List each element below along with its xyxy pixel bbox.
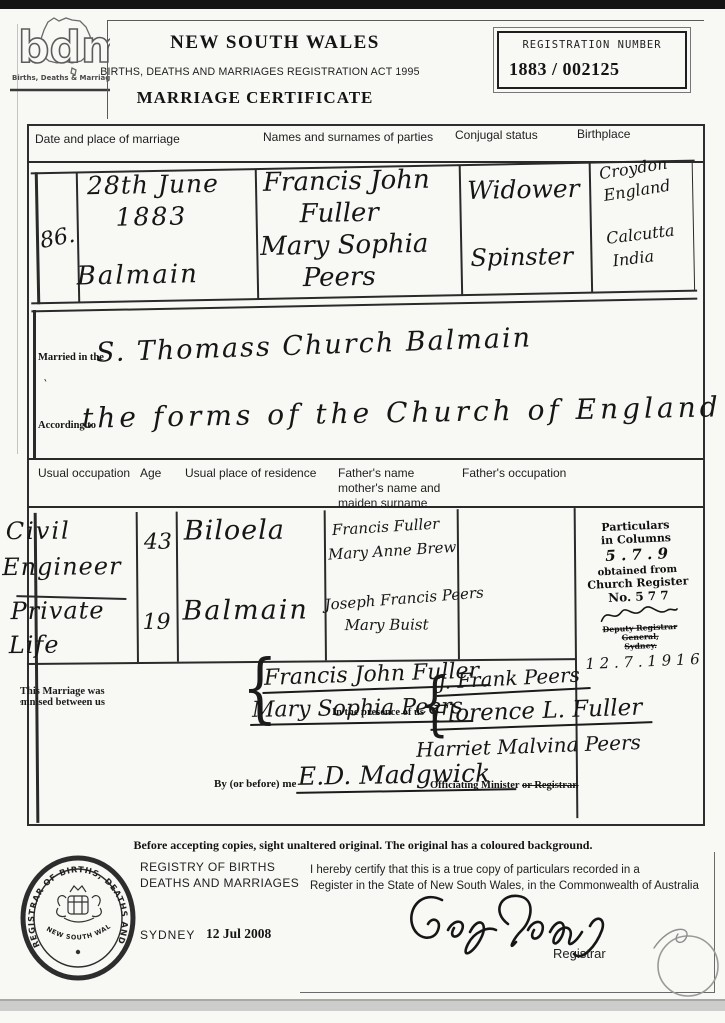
grid2-divider-2 — [176, 512, 179, 662]
column-header-conjugal: Conjugal status — [455, 128, 538, 142]
registry-seal: REGISTRAR OF BIRTHS, DEATHS AND MARRIAGE… — [20, 854, 138, 988]
stray-mark: ` — [42, 378, 48, 392]
column-header-occupation: Usual occupation — [38, 466, 130, 480]
issue-place: SYDNEY — [140, 928, 195, 942]
entry-number: 86. — [38, 223, 77, 254]
marriage-certificate-scan: bdm Births, Deaths & Marriages NEW SOUTH… — [0, 0, 725, 1023]
presence-label: In the presence of us — [332, 707, 424, 718]
scan-top-bar — [0, 0, 725, 9]
registrar-signature — [404, 886, 644, 966]
state-title: NEW SOUTH WALES — [120, 32, 430, 54]
marriage-solemnised-line2: solemnised between us — [20, 697, 118, 708]
stamp-line3: 5 . 7 . 9 — [580, 543, 693, 566]
marriage-place: Balmain — [76, 259, 199, 291]
registry-name-line2: DEATHS AND MARRIAGES — [140, 876, 299, 890]
registration-number: 1883 / 002125 — [509, 59, 620, 80]
grid2-divider-1 — [136, 512, 139, 662]
bride-name-line1: Mary Sophia — [260, 229, 429, 262]
footer-notice: Before accepting copies, sight unaltered… — [83, 838, 643, 853]
bride-name-line2: Peers — [303, 262, 376, 293]
celebrant-role-struck: or Registrar. — [522, 780, 579, 791]
bride-mother-name: Mary Buist — [345, 615, 429, 634]
groom-age: 43 — [144, 530, 172, 555]
grid-divider-2 — [255, 169, 259, 299]
registration-label: REGISTRATION NUMBER — [499, 39, 685, 51]
bride-age: 19 — [143, 610, 171, 635]
grid2-divider-3 — [324, 510, 327, 660]
act-title: BIRTHS, DEATHS AND MARRIAGES REGISTRATIO… — [100, 66, 420, 78]
ceremony-left-thick — [33, 310, 36, 458]
groom-name-line2: Fuller — [299, 198, 379, 230]
bride-father-name: Joseph Francis Peers — [324, 583, 484, 613]
bride-conjugal-status: Spinster — [470, 242, 573, 272]
marriage-date-line1: 28th June — [87, 169, 219, 201]
embossed-seal-icon — [640, 918, 725, 998]
marriage-entry-grid: 86. 28th June 1883 Balmain Francis John … — [29, 158, 700, 313]
grid-divider-3 — [459, 165, 463, 295]
groom-residence: Biloela — [184, 515, 285, 547]
bdm-logo: bdm Births, Deaths & Marriages — [10, 14, 110, 92]
column-header-parents: Father's name mother's name and maiden s… — [338, 466, 440, 511]
grid-divider-4 — [589, 163, 593, 293]
marriage-date-line2: 1883 — [115, 201, 187, 231]
grid2-divider-4 — [457, 509, 460, 659]
column-header-birthplace: Birthplace — [577, 127, 630, 141]
coat-of-arms-icon — [57, 886, 102, 954]
marriage-solemnised-line1: This Marriage was — [20, 686, 118, 697]
column-header-father-occupation: Father's occupation — [462, 466, 566, 480]
registration-box: REGISTRATION NUMBER 1883 / 002125 — [497, 31, 687, 89]
groom-name-line1: Francis John — [263, 165, 430, 198]
certificate-title: MARRIAGE CERTIFICATE — [105, 88, 405, 108]
registrar-label: Registrar — [553, 946, 606, 961]
column-header-parents-line1: Father's name — [338, 466, 440, 481]
column-header-age: Age — [140, 466, 161, 480]
marriage-solemnised-label: This Marriage was solemnised between us — [20, 686, 118, 718]
celebrant-label: By (or before) me — [214, 778, 296, 790]
celebrant-role-text: Officiating Minister — [430, 780, 519, 791]
scan-bottom-band2 — [0, 1001, 725, 1011]
celebrant-role: Officiating Minister or Registrar. — [430, 780, 579, 791]
certify-text-line1: I hereby certify that this is a true cop… — [310, 864, 640, 876]
issue-date: 12 Jul 2008 — [206, 926, 271, 942]
groom-occupation-line2: Engineer — [2, 552, 122, 581]
groom-occupation-line1: Civil — [6, 517, 71, 546]
column-header-parents-line2: mother's name and — [338, 481, 440, 496]
groom-conjugal-status: Widower — [467, 174, 580, 205]
bride-occupation-line2: Life — [9, 631, 60, 659]
groom-father-name: Francis Fuller — [331, 515, 439, 540]
married-in-label: Married in the — [38, 352, 104, 363]
groom-mother-name: Mary Anne Brew — [328, 538, 457, 564]
column-header-residence: Usual place of residence — [185, 466, 316, 480]
registry-name-line1: REGISTRY OF BIRTHS — [140, 860, 275, 874]
bride-birthplace-line1: Calcutta — [605, 221, 675, 248]
church-register-stamp: Particulars in Columns 5 . 7 . 9 obtaine… — [579, 517, 697, 673]
bride-occupation-line1: Private — [10, 596, 104, 625]
table2-header-top-line — [27, 458, 703, 460]
column-header-date-place: Date and place of marriage — [35, 132, 180, 146]
logo-text: bdm — [18, 22, 110, 73]
column-header-names: Names and surnames of parties — [263, 130, 433, 144]
bride-birthplace-line2: India — [611, 246, 655, 270]
logo-caption: Births, Deaths & Marriages — [12, 74, 110, 82]
stamp-date: 1 2 . 7 . 1 9 1 6 — [585, 650, 698, 673]
bride-residence: Balmain — [182, 594, 309, 626]
grid-right-line — [692, 161, 695, 291]
